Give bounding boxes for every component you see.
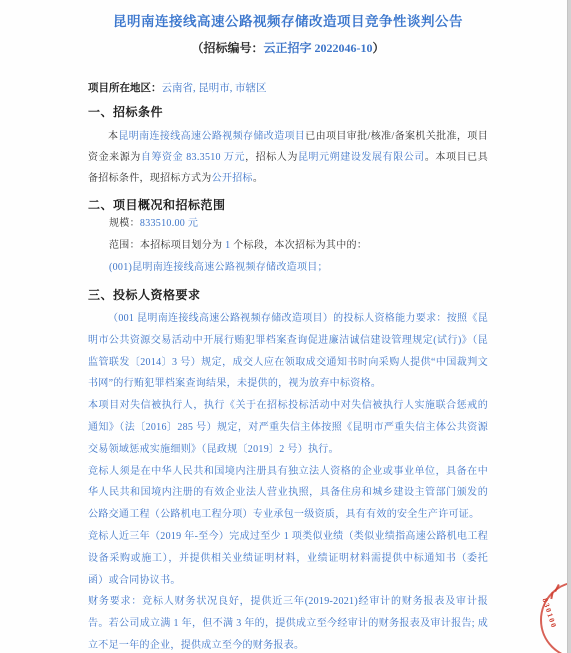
project-name-link: 昆明南连接线高速公路视频存储改造项目 xyxy=(118,131,305,142)
qualification-paragraph-5: 财务要求：竞标人财务状况良好，提供近三年(2019-2021)经审计的财务报表及… xyxy=(88,591,488,653)
qualification-paragraph-4: 竞标人近三年（2019 年-至今）完成过至少 1 项类似业绩（类似业绩指高速公路… xyxy=(88,526,488,591)
project-location-value: 云南省, 昆明市, 市辖区 xyxy=(162,83,267,94)
scale-label: 规模： xyxy=(109,218,140,229)
right-edge-strip xyxy=(567,0,571,653)
section-1-heading: 一、招标条件 xyxy=(88,104,488,120)
text-segment: 本 xyxy=(108,131,118,142)
qualification-paragraph-2: 本项目对失信被执行人，执行《关于在招标投标活动中对失信被执行人实施联合惩戒的通知… xyxy=(88,395,488,460)
announcement-body: 昆明南连接线高速公路视频存储改造项目竞争性谈判公告 （招标编号：云正招字 202… xyxy=(88,0,488,653)
document-page: 昆明南连接线高速公路视频存储改造项目竞争性谈判公告 （招标编号：云正招字 202… xyxy=(0,0,571,653)
tender-number-value: 云正招字 2022046-10 xyxy=(264,41,373,55)
text-segment: 。 xyxy=(253,173,263,184)
lot-name-value: (001)昆明南连接线高速公路视频存储改造项目； xyxy=(109,262,328,273)
scale-line: 规模：833510.00 元 xyxy=(88,213,488,235)
section-2-heading: 二、项目概况和招标范围 xyxy=(88,197,488,213)
project-location-label: 项目所在地区： xyxy=(88,83,162,94)
section-3-heading: 三、投标人资格要求 xyxy=(88,287,488,303)
qualification-requirements: （001 昆明南连接线高速公路视频存储改造项目）的投标人资格能力要求：按照《昆明… xyxy=(88,308,488,653)
qualification-paragraph-1: （001 昆明南连接线高速公路视频存储改造项目）的投标人资格能力要求：按照《昆明… xyxy=(88,308,488,395)
tenderee-name-value: 昆明元朔建设发展有限公司 xyxy=(298,152,425,163)
funding-source-value: 自筹资金 83.3510 万元 xyxy=(141,152,245,163)
scope-label: 范围：本招标项目划分为 xyxy=(109,240,225,251)
section-1-paragraph: 本昆明南连接线高速公路视频存储改造项目已由项目审批/核准/备案机关批准，项目资金… xyxy=(88,126,488,189)
tender-number-close: ） xyxy=(373,41,385,55)
lot-line: (001)昆明南连接线高速公路视频存储改造项目； xyxy=(88,257,488,279)
scope-line: 范围：本招标项目划分为 1 个标段，本次招标为其中的： xyxy=(88,235,488,257)
scope-text: 个标段，本次招标为其中的： xyxy=(230,240,367,251)
scale-value: 833510.00 元 xyxy=(140,218,198,229)
tender-method-value: 公开招标 xyxy=(212,173,253,184)
page-title: 昆明南连接线高速公路视频存储改造项目竞争性谈判公告 xyxy=(88,13,488,31)
project-location-line: 项目所在地区：云南省, 昆明市, 市辖区 xyxy=(88,82,488,96)
qualification-paragraph-3: 竞标人须是在中华人民共和国境内注册具有独立法人资格的企业或事业单位，具备在中华人… xyxy=(88,461,488,526)
tender-number-label: （招标编号： xyxy=(191,41,263,55)
tender-number-line: （招标编号：云正招字 2022046-10） xyxy=(88,40,488,56)
text-segment: ，招标人为 xyxy=(245,152,298,163)
